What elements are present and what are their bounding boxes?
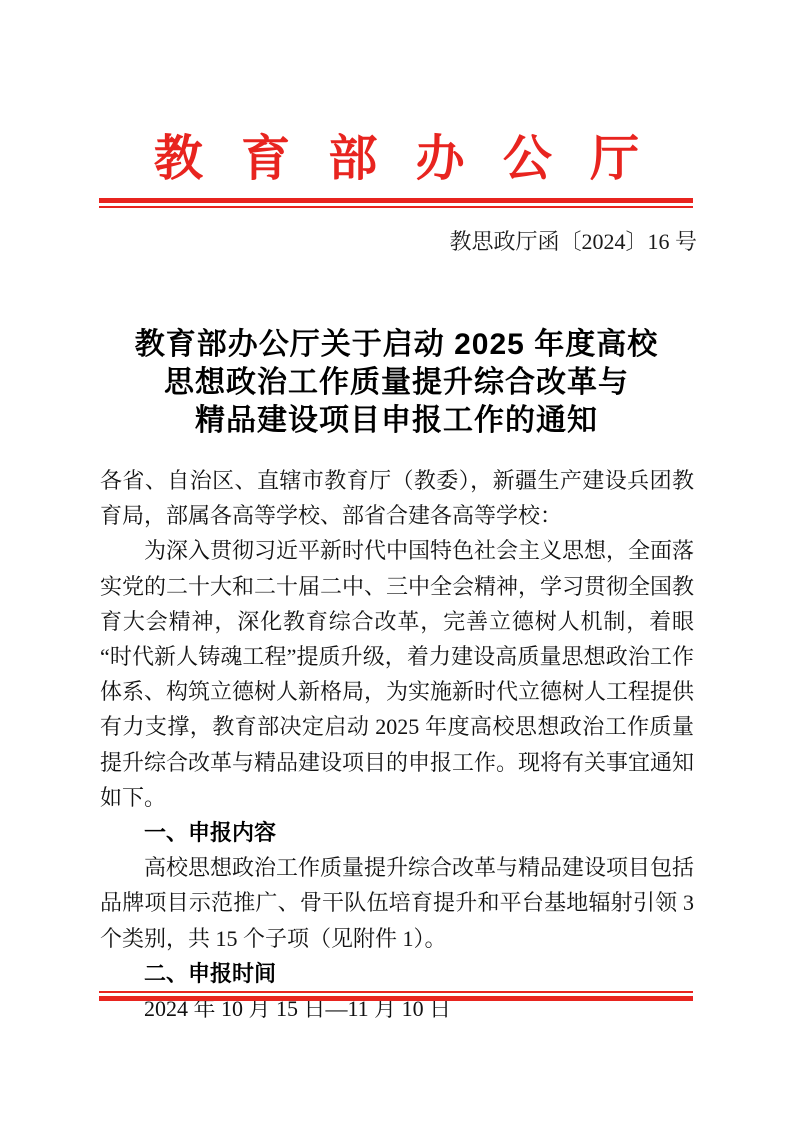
document-title-line-3: 精品建设项目申报工作的通知 — [0, 402, 793, 440]
letterhead-double-rule — [99, 198, 693, 208]
letterhead-org-name: 教 育 部 办 公 厅 — [0, 120, 793, 190]
document-title-line-1: 教育部办公厅关于启动 2025 年度高校 — [0, 326, 793, 364]
intro-paragraph: 为深入贯彻习近平新时代中国特色社会主义思想，全面落实党的二十大和二十届二中、三中… — [100, 533, 694, 815]
section-1-paragraph: 高校思想政治工作质量提升综合改革与精品建设项目包括品牌项目示范推广、骨干队伍培育… — [100, 850, 694, 956]
rule-thin-line — [99, 206, 693, 208]
rule-thick-line — [99, 996, 693, 1001]
document-title-line-2: 思想政治工作质量提升综合改革与 — [0, 364, 793, 402]
section-2-heading: 二、申报时间 — [100, 956, 694, 991]
doc-reference-number: 教思政厅函〔2024〕16 号 — [449, 225, 697, 256]
footer-double-rule — [99, 991, 693, 1001]
document-body: 各省、自治区、直辖市教育厅（教委），新疆生产建设兵团教育局，部属各高等学校、部省… — [100, 463, 694, 1026]
document-page: 教 育 部 办 公 厅 教思政厅函〔2024〕16 号 教育部办公厅关于启动 2… — [0, 0, 793, 1122]
document-title: 教育部办公厅关于启动 2025 年度高校 思想政治工作质量提升综合改革与 精品建… — [0, 326, 793, 440]
addressee-line: 各省、自治区、直辖市教育厅（教委），新疆生产建设兵团教育局，部属各高等学校、部省… — [100, 463, 694, 533]
section-1-heading: 一、申报内容 — [100, 815, 694, 850]
